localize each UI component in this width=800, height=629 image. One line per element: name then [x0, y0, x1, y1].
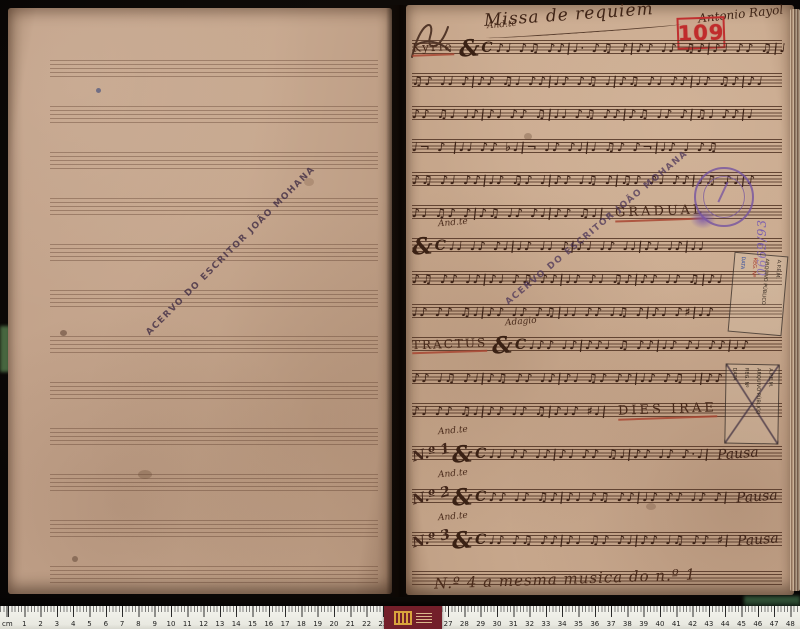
- ruler-number: 37: [607, 620, 616, 628]
- archive-logo: [384, 606, 442, 629]
- footer-note: N.º 4 a mesma musica do n.º 1: [434, 565, 697, 592]
- note-squiggles: ♪♪ ♩♪ ♫♪|♪♩ ♪♫ ♪♪|♩♪ ♪♪ ♩♪ ♪|: [488, 489, 730, 506]
- blank-stave: [50, 290, 378, 307]
- ruler-unit-label: cm: [2, 620, 13, 628]
- pausa-marking: Pausa: [735, 488, 778, 507]
- piece-number-label: N.º 3: [411, 527, 452, 552]
- section-title: DIES IRAE: [618, 400, 717, 420]
- music-stave-line: N.º 2&CAnd.te♪♪ ♩♪ ♫♪|♪♩ ♪♫ ♪♪|♩♪ ♪♪ ♩♪ …: [412, 480, 784, 506]
- treble-clef-icon: &: [452, 532, 474, 550]
- blank-stave: [50, 336, 378, 353]
- stamp-line: REG. Nº: [743, 368, 749, 413]
- ruler-number: 4: [71, 620, 75, 628]
- note-squiggles: ♪♩ ♪♫ ♪♪|♩· ♪♫ ♪|♪♪ ♩♪ ♫♪|♪♩ ♪♪ ♫|♪♩♪: [495, 40, 785, 57]
- ruler-number: 21: [346, 620, 355, 628]
- logo-text-lines: [416, 613, 432, 623]
- tempo-marking: And.te: [438, 217, 469, 230]
- blank-stave: [50, 244, 378, 261]
- blank-stave: [50, 106, 378, 123]
- ruler-number: 10: [167, 620, 176, 628]
- music-stave-line: ♪♫ ♪♪ ♩♪|♪♩ ♪♫ ♪♪|♩♪ ♪♩ ♫♪|♪♪ ♩♪ ♫|♪♩: [412, 262, 784, 288]
- ruler-number: 1: [22, 620, 26, 628]
- blank-stave: [50, 428, 378, 445]
- stamp-line: DATA: [731, 368, 737, 413]
- right-page-manuscript: Missa de requiem Antonio Rayol 109 Kyrie…: [406, 5, 794, 595]
- stain: [72, 556, 78, 562]
- ruler-number: 19: [313, 620, 322, 628]
- ruler-number: 22: [362, 620, 371, 628]
- ruler-number: 34: [558, 620, 567, 628]
- archive-registry-stamp: A.P.E.M. ARQUIVO PÚBLICO REG. Nº DATA: [728, 252, 789, 336]
- music-stave-line: N.º 3&CAnd.te♩♪ ♪♫ ♪♪|♪♩ ♫♪ ♪♩|♪♪ ♩♫ ♪♪ …: [412, 523, 784, 549]
- archive-registry-stamp-crossed: A.P.E.M. ARQUIVO PÚBLICO REG. Nº DATA: [724, 364, 779, 445]
- ruler-number: 11: [183, 620, 192, 628]
- blank-stave: [50, 566, 378, 583]
- piece-number-label: N.º 2: [411, 484, 452, 509]
- ruler-number: 20: [330, 620, 339, 628]
- ruler-number: 44: [721, 620, 730, 628]
- stamp-line: DATA: [737, 256, 746, 301]
- time-signature: C: [515, 337, 526, 353]
- treble-clef-icon: &: [452, 489, 474, 507]
- ruler-number: 38: [623, 620, 632, 628]
- note-squiggles: ♪♪ ♩♫ ♪♩|♪♫ ♪♪ ♩♪|♪♩ ♫♪ ♪♪|♩♪ ♪♫ ♩|♪♪: [411, 370, 725, 387]
- ruler-number: 14: [232, 620, 241, 628]
- tempo-marking: And.te: [438, 425, 469, 438]
- ruler-number: 35: [574, 620, 583, 628]
- ruler-number: 30: [493, 620, 502, 628]
- measurement-ruler: cm 1234567891011121314151617181920212223…: [0, 606, 800, 629]
- photographed-manuscript-scene: ACERVO DO ESCRITOR JOÃO MOHANA Missa de …: [0, 0, 800, 629]
- ruler-number: 28: [460, 620, 469, 628]
- building-emblem-icon: [394, 611, 412, 625]
- note-squiggles: ♩♪ ♪♪ ♫♩|♪♪ ♩♪ ♪♫|♩♩ ♪♪ ♩♫ ♪|♪♩ ♪♯|♩♪: [411, 304, 716, 321]
- ruler-number: 40: [656, 620, 665, 628]
- note-squiggles: ♪♩ ♪♪ ♫♩|♪♪ ♩♪ ♫|♪♩♪ ♯♩|: [411, 403, 609, 420]
- note-squiggles: ♩♩ ♪♪ ♩♪|♪♩ ♪♪ ♫♩|♪♪ ♩♪ ♪·♩|: [488, 446, 712, 463]
- ruler-number: 9: [152, 620, 156, 628]
- blank-stave: [50, 474, 378, 491]
- ruler-number: 41: [672, 620, 681, 628]
- pausa-marking: Pausa: [737, 531, 780, 550]
- ruler-number: 31: [509, 620, 518, 628]
- ruler-number: 39: [639, 620, 648, 628]
- tempo-marking: And.te: [438, 511, 469, 524]
- music-stave-line: ♪♪ ♫♩ ♩♪|♪♩ ♪♪ ♫|♩♩ ♪♫ ♪♪|♪♫ ♩♪ ♪|♫♩ ♪♪|…: [412, 97, 784, 123]
- ruler-number: 33: [541, 620, 550, 628]
- ruler-number: 36: [590, 620, 599, 628]
- note-squiggles: ♩♪ ♪♫ ♪♪|♪♩ ♫♪ ♪♩|♪♪ ♩♫ ♪♪ ♯|: [488, 532, 732, 549]
- stamp-line: A.P.E.M.: [773, 259, 782, 304]
- ruler-number: 27: [444, 620, 453, 628]
- treble-clef-icon: &: [452, 446, 474, 464]
- music-stave-line: ♫♪ ♩♩ ♪|♪♪ ♫♩ ♪♪|♩♪ ♪♫ ♩|♪♫ ♪♩ ♪♪|♩♪ ♫♪|…: [412, 64, 784, 90]
- tempo-marking: And.te: [438, 468, 469, 481]
- time-signature: C: [475, 446, 486, 462]
- ruler-number: 45: [737, 620, 746, 628]
- ruler-number: 7: [120, 620, 124, 628]
- time-signature: C: [435, 238, 446, 254]
- music-stave-line: Kyrie&CAnd.te♪♩ ♪♫ ♪♪|♩· ♪♫ ♪|♪♪ ♩♪ ♫♪|♪…: [412, 31, 784, 57]
- stain: [96, 88, 101, 93]
- stamp-mark: [717, 182, 728, 203]
- treble-clef-icon: &: [411, 238, 433, 256]
- round-archive-stamp: [694, 167, 754, 227]
- blank-stave: [50, 152, 378, 169]
- note-squiggles: ♪♫ ♪♪ ♩♪|♪♩ ♪♫ ♪♪|♩♪ ♪♩ ♫♪|♪♪ ♩♪ ♫|♪♩: [411, 271, 725, 288]
- section-title: TRACTUS: [412, 336, 488, 355]
- music-stave-line: N.º 4 a mesma musica do n.º 1: [412, 562, 784, 588]
- blank-stave: [50, 198, 378, 215]
- ruler-number: 46: [753, 620, 762, 628]
- time-signature: C: [481, 40, 492, 56]
- ruler-number: 17: [281, 620, 290, 628]
- ruler-number: 42: [688, 620, 697, 628]
- ruler-number: 32: [525, 620, 534, 628]
- stamp-line: ARQUIVO PÚBLICO: [755, 368, 761, 413]
- pausa-marking: Pausa: [717, 445, 760, 464]
- ruler-number: 18: [297, 620, 306, 628]
- page-stack-edge: [790, 9, 800, 591]
- stamp-line: REG. Nº: [749, 257, 758, 302]
- treble-clef-icon: &: [458, 40, 480, 58]
- section-title: Kyrie: [412, 39, 454, 56]
- ruler-number: 8: [136, 620, 140, 628]
- ruler-number: 15: [248, 620, 257, 628]
- ruler-number: 13: [215, 620, 224, 628]
- time-signature: C: [475, 532, 486, 548]
- ruler-number: 5: [87, 620, 91, 628]
- ruler-number: 48: [786, 620, 795, 628]
- ruler-number: 29: [476, 620, 485, 628]
- blank-stave: [50, 382, 378, 399]
- ruler-number: 43: [704, 620, 713, 628]
- ruler-number: 6: [104, 620, 108, 628]
- left-page-blank-staves: ACERVO DO ESCRITOR JOÃO MOHANA: [8, 8, 392, 594]
- blank-stave: [50, 60, 378, 77]
- music-stave-line: TRACTUS&CAdagio♩♪♪ ♩♪|♪♪♩ ♫ ♪♪|♩♪ ♪♩ ♪♪|…: [412, 328, 784, 354]
- ruler-number: 47: [770, 620, 779, 628]
- stamp-line: ARQUIVO PÚBLICO: [761, 258, 770, 303]
- piece-number-label: N.º 1: [411, 441, 452, 466]
- note-squiggles: ♫♪ ♩♩ ♪|♪♪ ♫♩ ♪♪|♩♪ ♪♫ ♩|♪♫ ♪♩ ♪♪|♩♪ ♫♪|…: [411, 73, 765, 90]
- music-stave-line: ♩¬ ♪ |♩♩ ♪♪ ♭♩|¬ ♩♪ ♪♩|♩ ♫♪ ♪¬|♩♪ ♩ ♪♫: [412, 130, 784, 156]
- time-signature: C: [475, 489, 486, 505]
- blank-stave: [50, 520, 378, 537]
- ruler-number: 3: [55, 620, 59, 628]
- tempo-marking: And.te: [487, 19, 518, 32]
- open-music-manuscript-book: ACERVO DO ESCRITOR JOÃO MOHANA Missa de …: [8, 5, 794, 597]
- ruler-number: 16: [264, 620, 273, 628]
- tempo-marking: Adagio: [505, 316, 537, 329]
- note-squiggles: ♪♪ ♫♩ ♩♪|♪♩ ♪♪ ♫|♩♩ ♪♫ ♪♪|♪♫ ♩♪ ♪|♫♩ ♪♪|…: [411, 106, 756, 123]
- treble-clef-icon: &: [492, 337, 514, 355]
- note-squiggles: ♩♪♪ ♩♪|♪♪♩ ♫ ♪♪|♩♪ ♪♩ ♪♪|♩♪: [528, 337, 752, 354]
- ruler-number: 12: [199, 620, 208, 628]
- stamp-line: A.P.E.M.: [767, 368, 773, 413]
- note-squiggles: ♩¬ ♪ |♩♩ ♪♪ ♭♩|¬ ♩♪ ♪♩|♩ ♫♪ ♪¬|♩♪ ♩ ♪♫: [411, 139, 720, 156]
- ruler-number: 2: [38, 620, 42, 628]
